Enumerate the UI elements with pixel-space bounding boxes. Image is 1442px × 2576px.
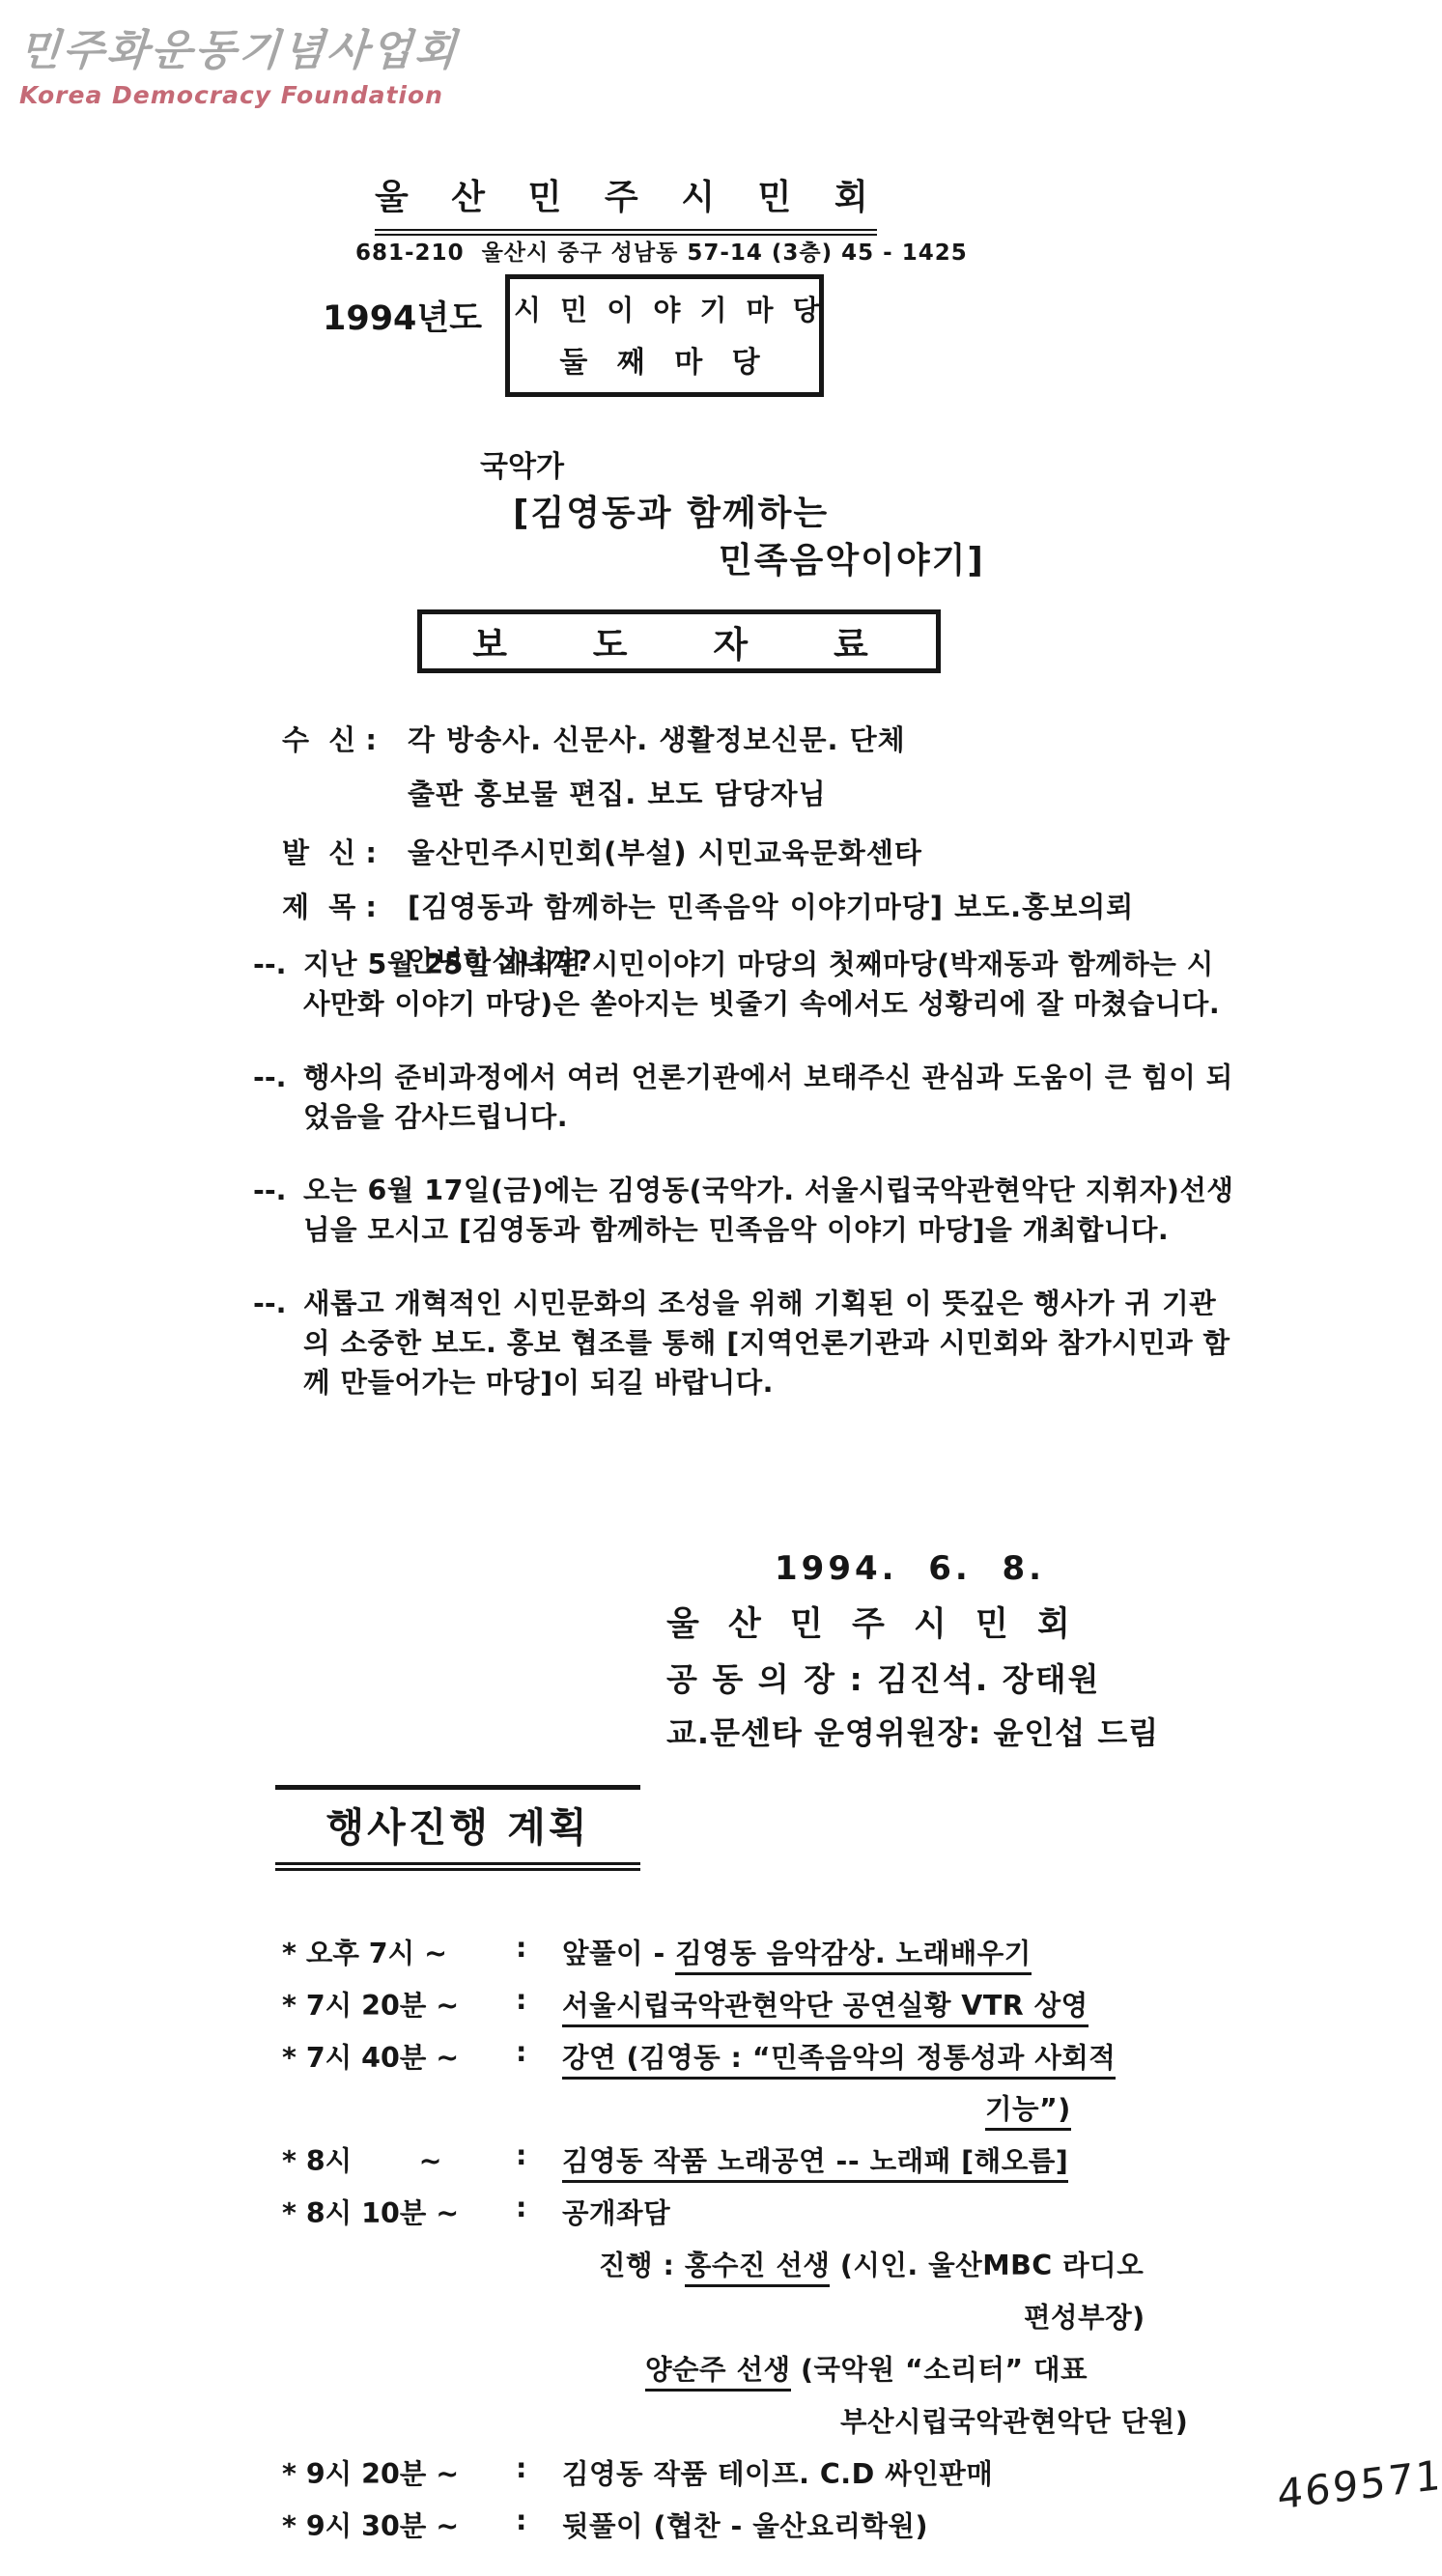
panel-moderator-1-name: 홍수진 선생 xyxy=(685,2250,831,2287)
memo-to-text: 각 방송사. 신문사. 생활정보신문. 단체 xyxy=(408,719,1248,758)
signature-director: 교.문센타 운영위원장: 윤인섭 드림 xyxy=(666,1709,1188,1753)
memo-from-row: 발 신 : 울산민주시민회(부설) 시민교육문화센타 xyxy=(282,832,1248,871)
paragraph-4: --. 새롭고 개혁적인 시민문화의 조성을 위해 기획된 이 뜻깊은 행사가 … xyxy=(253,1284,1240,1402)
paragraph-text: 행사의 준비과정에서 여러 언론기관에서 보태주신 관심과 도움이 큰 힘이 되… xyxy=(303,1058,1240,1137)
schedule-time: * 8시 ~ xyxy=(282,2139,516,2179)
paragraph-2: --. 행사의 준비과정에서 여러 언론기관에서 보태주신 관심과 도움이 큰 … xyxy=(253,1058,1240,1137)
schedule-row-2: * 7시 20분 ~ : 서울시립국악관현악단 공연실황 VTR 상영 xyxy=(282,1984,1354,2024)
schedule-colon: : xyxy=(516,2192,562,2440)
scanned-press-release-page: 민주화운동기념사업회 Korea Democracy Foundation 울 … xyxy=(0,0,1442,2576)
paragraph-marker: --. xyxy=(253,1058,303,1137)
schedule-colon: : xyxy=(516,1984,562,2024)
event-title-line2: 민족음악이야기] xyxy=(719,533,985,582)
schedule-description: 뒷풀이 (협찬 - 울산요리학원) xyxy=(562,2505,1354,2544)
schedule-description: 공개좌담 진행 : 홍수진 선생 (시인. 울산MBC 라디오 편성부장) 양순… xyxy=(562,2192,1354,2440)
program-year-label: 1994년도 xyxy=(323,292,482,340)
paragraph-1: --. 지난 5월 25일 개최된 시민이야기 마당의 첫째마당(박재동과 함께… xyxy=(253,945,1240,1024)
schedule-time: * 9시 30분 ~ xyxy=(282,2505,516,2544)
schedule-row-1: * 오후 7시 ~ : 앞풀이 - 김영동 음악감상. 노래배우기 xyxy=(282,1932,1354,1971)
signature-organization: 울 산 민 주 시 민 회 xyxy=(666,1598,1188,1646)
memo-to-label: 수 신 : xyxy=(282,719,408,758)
organization-address: 681-210 울산시 중구 성남동 57-14 (3층) 45 - 1425 xyxy=(355,235,896,267)
program-badge-box: 시 민 이 야 기 마 당 둘 째 마 당 xyxy=(505,274,824,397)
schedule-row-4: * 8시 ~ : 김영동 작품 노래공연 -- 노래패 [해오름] xyxy=(282,2139,1354,2179)
schedule-row-3: * 7시 40분 ~ : 강연 (김영동 : “민족음악의 정통성과 사회적 기… xyxy=(282,2036,1354,2127)
schedule-time: * 8시 10분 ~ xyxy=(282,2192,516,2440)
memo-from-text: 울산민주시민회(부설) 시민교육문화센타 xyxy=(408,832,1248,871)
paragraph-marker: --. xyxy=(253,1171,303,1250)
memo-to-row-cont: 출판 홍보물 편집. 보도 담당자님 xyxy=(282,773,1248,812)
signature-co-chairs: 공 동 의 장 : 김진석. 장태원 xyxy=(666,1655,1188,1700)
program-badge-line1: 시 민 이 야 기 마 당 xyxy=(514,289,815,328)
panel-moderator-2-info: (국악원 “소리터” 대표 xyxy=(791,2354,1089,2386)
schedule-desc-plain: 공개좌담 xyxy=(562,2197,670,2229)
panel-moderator-1: 진행 : 홍수진 선생 (시인. 울산MBC 라디오 xyxy=(562,2244,1354,2283)
schedule-description: 앞풀이 - 김영동 음악감상. 노래배우기 xyxy=(562,1932,1354,1971)
panel-moderator-2: 양순주 선생 (국악원 “소리터” 대표 xyxy=(562,2348,1354,2388)
memo-to-row: 수 신 : 각 방송사. 신문사. 생활정보신문. 단체 xyxy=(282,719,1248,758)
schedule-row-6: * 9시 20분 ~ : 김영동 작품 테이프. C.D 싸인판매 xyxy=(282,2452,1354,2492)
schedule-colon: : xyxy=(516,2139,562,2179)
schedule-colon: : xyxy=(516,1932,562,1971)
memo-subject-label: 제 목 : xyxy=(282,886,408,925)
schedule-time: * 7시 20분 ~ xyxy=(282,1984,516,2024)
panel-label: 진행 : xyxy=(599,2250,685,2281)
panel-moderator-2-name: 양순주 선생 xyxy=(645,2354,791,2392)
schedule-time: * 7시 40분 ~ xyxy=(282,2036,516,2127)
schedule-desc-underlined: 서울시립국악관현악단 공연실황 VTR 상영 xyxy=(562,1990,1089,2027)
memo-subject-row: 제 목 : [김영동과 함께하는 민족음악 이야기마당] 보도.홍보의뢰 xyxy=(282,886,1248,925)
schedule-description: 김영동 작품 테이프. C.D 싸인판매 xyxy=(562,2452,1354,2492)
schedule-row-7: * 9시 30분 ~ : 뒷풀이 (협찬 - 울산요리학원) xyxy=(282,2505,1354,2544)
memo-to-text-cont: 출판 홍보물 편집. 보도 담당자님 xyxy=(408,773,1248,812)
paragraph-text: 새롭고 개혁적인 시민문화의 조성을 위해 기획된 이 뜻깊은 행사가 귀 기관… xyxy=(303,1284,1240,1402)
paragraph-text: 오는 6월 17일(금)에는 김영동(국악가. 서울시립국악관현악단 지휘자)선… xyxy=(303,1171,1240,1250)
schedule-description: 김영동 작품 노래공연 -- 노래패 [해오름] xyxy=(562,2139,1354,2179)
archive-watermark: 민주화운동기념사업회 Korea Democracy Foundation xyxy=(19,15,459,109)
schedule-heading: 행사진행 계획 xyxy=(275,1785,640,1871)
memo-subject-text: [김영동과 함께하는 민족음악 이야기마당] 보도.홍보의뢰 xyxy=(408,886,1248,925)
schedule-desc-underlined: 강연 (김영동 : “민족음악의 정통성과 사회적 xyxy=(562,2042,1116,2080)
body-paragraphs: --. 지난 5월 25일 개최된 시민이야기 마당의 첫째마당(박재동과 함께… xyxy=(253,945,1240,1436)
watermark-korean-logo: 민주화운동기념사업회 xyxy=(17,15,462,77)
schedule-description: 강연 (김영동 : “민족음악의 정통성과 사회적 기능”) xyxy=(562,2036,1354,2127)
schedule-row-5: * 8시 10분 ~ : 공개좌담 진행 : 홍수진 선생 (시인. 울산MBC… xyxy=(282,2192,1354,2440)
schedule-time: * 오후 7시 ~ xyxy=(282,1932,516,1971)
schedule-desc-underlined: 김영동 음악감상. 노래배우기 xyxy=(675,1938,1032,1975)
schedule-colon: : xyxy=(516,2452,562,2492)
event-performer-occupation: 국악가 xyxy=(480,442,564,485)
memo-from-label: 발 신 : xyxy=(282,832,408,871)
memo-empty-label xyxy=(282,773,408,812)
schedule-desc-underlined: 김영동 작품 노래공연 -- 노래패 [해오름] xyxy=(562,2145,1068,2183)
panel-moderator-1-info: (시인. 울산MBC 라디오 xyxy=(830,2250,1144,2281)
organization-title: 울 산 민 주 시 민 회 xyxy=(375,170,877,236)
schedule-list: * 오후 7시 ~ : 앞풀이 - 김영동 음악감상. 노래배우기 * 7시 2… xyxy=(282,1932,1354,2557)
schedule-desc-plain: 앞풀이 - xyxy=(562,1938,675,1969)
schedule-time: * 9시 20분 ~ xyxy=(282,2452,516,2492)
schedule-colon: : xyxy=(516,2505,562,2544)
signature-block: 1994. 6. 8. 울 산 민 주 시 민 회 공 동 의 장 : 김진석.… xyxy=(666,1549,1188,1753)
paragraph-3: --. 오는 6월 17일(금)에는 김영동(국악가. 서울시립국악관현악단 지… xyxy=(253,1171,1240,1250)
paragraph-text: 지난 5월 25일 개최된 시민이야기 마당의 첫째마당(박재동과 함께하는 시… xyxy=(303,945,1240,1024)
schedule-description: 서울시립국악관현악단 공연실황 VTR 상영 xyxy=(562,1984,1354,2024)
signature-date: 1994. 6. 8. xyxy=(666,1549,1188,1588)
schedule-colon: : xyxy=(516,2036,562,2127)
paragraph-marker: --. xyxy=(253,945,303,1024)
watermark-english-logo: Korea Democracy Foundation xyxy=(19,81,459,109)
paragraph-marker: --. xyxy=(253,1284,303,1402)
event-title-line1: [김영동과 함께하는 xyxy=(513,486,829,535)
press-release-box: 보 도 자 료 xyxy=(417,609,941,673)
panel-moderator-1-cont: 편성부장) xyxy=(562,2296,1354,2335)
program-badge-line2: 둘 째 마 당 xyxy=(514,338,815,381)
panel-moderator-2-cont: 부산시립국악관현악단 단원) xyxy=(562,2400,1354,2440)
schedule-desc-continuation: 기능”) xyxy=(562,2087,1354,2127)
